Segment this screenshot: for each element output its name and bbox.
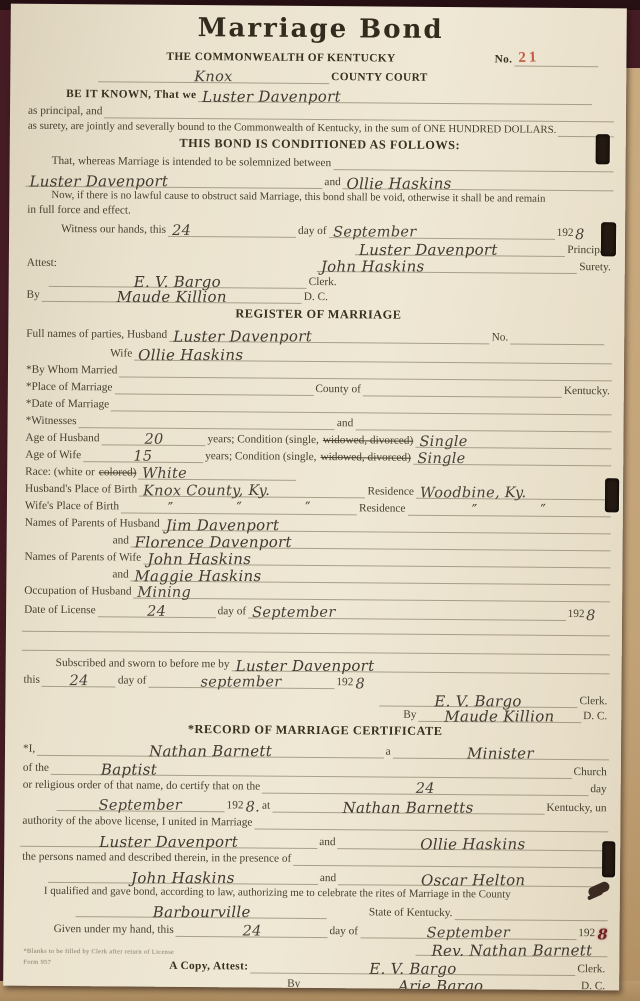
race-line: White <box>138 468 296 481</box>
no-label: No. <box>493 53 515 66</box>
bond-deputy-signature: Maude Killion <box>117 291 227 303</box>
certify-clause-label: or religious order of that name, do cert… <box>21 779 263 794</box>
wife-residence-label: Residence <box>357 502 408 515</box>
father-husband-line: Jim Davenport <box>162 519 611 535</box>
cert-place-line: Nathan Barnetts <box>272 801 544 815</box>
license-day-of-label: day of <box>216 605 249 618</box>
witnesses-and-label: and <box>335 417 355 430</box>
bond-deputy-line: Maude Killion <box>42 290 302 304</box>
sworn-name-line: Luster Davenport <box>231 659 609 674</box>
sworn-day-line: 24 <box>42 675 116 688</box>
condition-wife-prefix: years; Condition (single, <box>203 450 318 464</box>
condition-husband-prefix: years; Condition (single, <box>205 433 320 447</box>
whereas-label: That, whereas Marriage is intended to be… <box>50 155 334 170</box>
condition-wife-line: Single <box>413 453 612 467</box>
license-day-line: 24 <box>98 605 216 618</box>
cert-witness2-line: Oscar Helton <box>338 873 608 887</box>
condition-husband-line: Single <box>415 436 611 450</box>
presence-clause-label: the persons named and described therein,… <box>20 851 293 866</box>
bond-clerk-line: E. V. Bargo <box>49 275 307 289</box>
surety-signature-line: John Haskins <box>317 260 577 274</box>
wife-residence-ditto: ″ ″ <box>472 504 546 516</box>
cert-bride-handwritten: Ollie Haskins <box>420 838 525 850</box>
certificate-a-label: a <box>384 746 393 759</box>
groom-handwritten: Luster Davenport <box>29 175 168 187</box>
commonwealth-label: THE COMMONWEALTH OF KENTUCKY <box>164 51 397 66</box>
sworn-by-label: By <box>401 709 418 722</box>
groom-line: Luster Davenport <box>25 175 322 189</box>
husband-birth-label: Husband's Place of Birth <box>23 483 139 497</box>
age-husband-label: Age of Husband <box>23 432 101 446</box>
sworn-deputy-signature: Maude Killion <box>445 710 555 722</box>
age-husband-handwritten: 20 <box>144 434 163 446</box>
authority-clause-label: authority of the above license, I united… <box>20 815 254 830</box>
register-husband-handwritten: Luster Davenport <box>173 330 312 342</box>
husband-residence-handwritten: Woodbine, Ky. <box>420 487 526 499</box>
cert-county-line: Barbourville <box>76 905 327 919</box>
wife-birth-ditto: ″ ″ ″ <box>168 502 311 514</box>
minister-signature-handwritten: Rev. Nathan Barnett <box>431 944 592 956</box>
be-it-known-label: BE IT KNOWN, That we <box>64 88 198 102</box>
race-prefix-label: Race: (white or <box>23 466 97 480</box>
binding-slot <box>605 478 619 512</box>
age-wife-line: 15 <box>83 450 203 463</box>
kentucky-label: Kentucky. <box>562 385 612 398</box>
binding-slot <box>596 134 610 164</box>
surety-label: Surety. <box>577 261 613 274</box>
cert-and-label: and <box>317 836 337 849</box>
license-day-handwritten: 24 <box>147 606 166 618</box>
sworn-this-label: this <box>22 674 42 687</box>
license-month-line: September <box>248 606 566 620</box>
witness-clause-label: Witness our hands, this <box>59 223 168 237</box>
form-number-label: Form 957 <box>23 957 174 969</box>
day-of-label: day of <box>296 225 329 238</box>
given-year-digit-red: 8 <box>597 929 607 941</box>
parents-husband-label: Names of Parents of Husband <box>23 517 162 531</box>
age-wife-label: Age of Wife <box>23 449 83 462</box>
given-year-printed: 192 <box>576 927 597 940</box>
condition-wife-handwritten: Single <box>417 453 465 465</box>
of-the-label: of the <box>21 762 51 775</box>
register-no-label: No. <box>490 331 511 344</box>
county-handwritten: Knox <box>195 71 233 83</box>
sworn-year-digit: 8 <box>355 678 365 690</box>
sworn-month-line: september <box>148 676 334 689</box>
principal-name-handwritten: Luster Davenport <box>202 90 341 102</box>
cert-day-line: 24 <box>262 782 588 797</box>
race-struck-label: colored) <box>97 466 139 479</box>
cert-groom-line: Luster Davenport <box>20 835 317 849</box>
void-clause-line2: in full force and effect. <box>25 204 133 218</box>
cert-at-label: at <box>260 800 272 813</box>
dc-label: D. C. <box>302 291 330 304</box>
condition-wife-struck: widowed, divorced) <box>318 451 412 465</box>
minister-signature-line: Rev. Nathan Barnett <box>415 944 607 958</box>
father-wife-line: John Haskins <box>143 553 610 569</box>
mother-husband-handwritten: Florence Davenport <box>135 536 292 548</box>
occupation-label: Occupation of Husband <box>22 585 133 599</box>
sworn-name-handwritten: Luster Davenport <box>235 660 374 672</box>
full-names-label: Full names of parties, Husband <box>24 328 169 342</box>
mother-husband-line: Florence Davenport <box>131 536 611 552</box>
minister-title-handwritten: Minister <box>467 747 534 759</box>
cert-kentucky-label: Kentucky, un <box>544 802 608 816</box>
given-label: Given under my hand, this <box>52 923 176 937</box>
cert-county-handwritten: Barbourville <box>152 906 250 918</box>
no-line: 21 <box>514 50 598 68</box>
year-printed-label: 192 <box>555 227 576 240</box>
occupation-handwritten: Mining <box>138 587 192 599</box>
as-principal-label: as principal, and <box>26 105 104 119</box>
register-husband-line: Luster Davenport <box>169 330 490 345</box>
copy-clerk-line: E. V. Bargo <box>250 962 575 977</box>
document-page: Marriage Bond THE COMMONWEALTH OF KENTUC… <box>3 4 627 991</box>
wife-label: Wife <box>108 347 134 360</box>
husband-residence-line: Woodbine, Ky. <box>416 487 611 501</box>
sworn-month-handwritten: september <box>201 676 282 688</box>
cert-groom-handwritten: Luster Davenport <box>99 836 238 848</box>
cert-place-handwritten: Nathan Barnetts <box>343 802 474 814</box>
condition-husband-handwritten: Single <box>419 436 467 448</box>
clerk-label: Clerk. <box>307 276 339 289</box>
cert-year-printed: 192 <box>225 799 246 812</box>
cert-year-digit: 8. <box>245 802 259 814</box>
given-day-of-label: day of <box>327 925 360 938</box>
minister-name-handwritten: Nathan Barnett <box>149 745 272 757</box>
sworn-dc-label: D. C. <box>581 710 609 723</box>
state-of-kentucky-label: State of Kentucky. <box>367 906 455 920</box>
license-month-handwritten: September <box>252 607 335 619</box>
license-label: Date of License <box>22 604 98 618</box>
sworn-label: Subscribed and sworn to before me by <box>54 657 232 671</box>
race-handwritten: White <box>142 468 187 480</box>
husband-birth-line: Knox County, Ky. <box>139 485 365 499</box>
and-label: and <box>322 176 342 189</box>
document-title-row: Marriage Bond <box>27 10 615 49</box>
age-wife-handwritten: 15 <box>134 451 153 463</box>
register-wife-line: Ollie Haskins <box>134 349 612 365</box>
bride-handwritten: Ollie Haskins <box>347 178 452 190</box>
minister-title-line: Minister <box>393 747 609 761</box>
date-of-marriage-label: *Date of Marriage <box>24 398 112 412</box>
sworn-day-handwritten: 24 <box>69 675 88 687</box>
principal-name-line: Luster Davenport <box>198 90 592 105</box>
principal-signature-line: Luster Davenport <box>355 243 565 257</box>
cert-witness1-handwritten: John Haskins <box>131 872 235 884</box>
given-day-handwritten: 24 <box>242 925 261 937</box>
age-husband-line: 20 <box>101 433 205 446</box>
page-title: Marriage Bond <box>198 13 444 45</box>
sworn-deputy-line: Maude Killion <box>418 710 581 723</box>
license-year-digit: 8 <box>587 610 597 622</box>
mother-wife-line: Maggie Haskins <box>131 570 611 586</box>
principal-signature-handwritten: Luster Davenport <box>359 244 498 256</box>
bond-clerk-signature: E. V. Bargo <box>134 276 221 288</box>
binding-slot <box>602 841 615 877</box>
cert-month-handwritten: September <box>99 800 182 812</box>
cert-witnesses-and-label: and <box>318 872 338 885</box>
denomination-line: Baptist <box>51 763 572 779</box>
cert-month-line: September <box>57 799 225 812</box>
copy-clerk-signature: E. V. Bargo <box>369 963 456 975</box>
certificate-i-label: *I, <box>21 743 37 756</box>
given-day-line: 24 <box>176 925 328 938</box>
register-wife-handwritten: Ollie Haskins <box>138 349 243 361</box>
copy-clerk-label: Clerk. <box>575 963 607 976</box>
cert-day-handwritten: 24 <box>416 783 435 795</box>
sworn-clerk-line: E. V. Bargo <box>379 695 577 709</box>
county-line: Knox <box>98 70 329 84</box>
wife-residence-line: ″ ″ <box>407 504 611 518</box>
attest-label: Attest: <box>25 257 59 270</box>
mother-wife-handwritten: Maggie Haskins <box>135 570 262 582</box>
witness-day-handwritten: 24 <box>172 225 191 237</box>
wife-birth-line: ″ ″ ″ <box>121 501 357 515</box>
husband-residence-label: Residence <box>365 485 416 498</box>
year-digit-handwritten: 8 <box>576 229 586 241</box>
cert-bride-line: Ollie Haskins <box>338 837 609 851</box>
wife-birth-label: Wife's Place of Birth <box>23 500 121 514</box>
mother-wife-and-label: and <box>110 568 130 581</box>
condition-husband-struck: widowed, divorced) <box>321 434 415 448</box>
by-label: By <box>25 289 42 302</box>
husband-birth-handwritten: Knox County, Ky. <box>143 485 270 497</box>
given-month-handwritten: September <box>426 927 509 939</box>
fine-print-block: *Blanks to be filled by Clerk after retu… <box>23 946 174 969</box>
witness-day-line: 24 <box>168 225 296 238</box>
cert-witness1-line: John Haskins <box>48 871 318 885</box>
place-of-marriage-label: *Place of Marriage <box>24 381 115 395</box>
mother-husband-and-label: and <box>111 534 131 547</box>
bond-number-stamp: 21 <box>518 49 539 67</box>
county-court-label: COUNTY COURT <box>329 71 430 85</box>
cert-witness2-handwritten: Oscar Helton <box>421 874 525 886</box>
church-label: Church <box>572 766 609 779</box>
license-year-printed: 192 <box>566 608 587 621</box>
binding-slot <box>601 222 616 256</box>
county-of-label: County of <box>313 383 363 396</box>
cert-day-label: day <box>588 783 608 796</box>
photo-backdrop: Marriage Bond THE COMMONWEALTH OF KENTUC… <box>0 0 640 1001</box>
by-whom-married-label: *By Whom Married <box>24 364 120 378</box>
sworn-year-printed: 192 <box>334 676 355 689</box>
witness-month-handwritten: September <box>333 226 416 238</box>
father-husband-handwritten: Jim Davenport <box>166 519 280 531</box>
witness-month-line: September <box>329 226 555 240</box>
given-month-line: September <box>360 926 576 940</box>
father-wife-handwritten: John Haskins <box>147 553 251 565</box>
surety-signature-handwritten: John Haskins <box>321 260 425 272</box>
sworn-clerk-label: Clerk. <box>577 695 609 708</box>
denomination-handwritten: Baptist <box>101 763 157 775</box>
sworn-clerk-signature: E. V. Bargo <box>435 695 522 707</box>
copy-dc-label: D. C. <box>579 980 607 990</box>
copy-attest-label: A Copy, Attest: <box>167 960 250 974</box>
witnesses-label: *Witnesses <box>24 415 79 428</box>
bride-line: Ollie Haskins <box>343 177 614 191</box>
sworn-day-of-label: day of <box>116 674 149 687</box>
parents-wife-label: Names of Parents of Wife <box>22 551 143 565</box>
